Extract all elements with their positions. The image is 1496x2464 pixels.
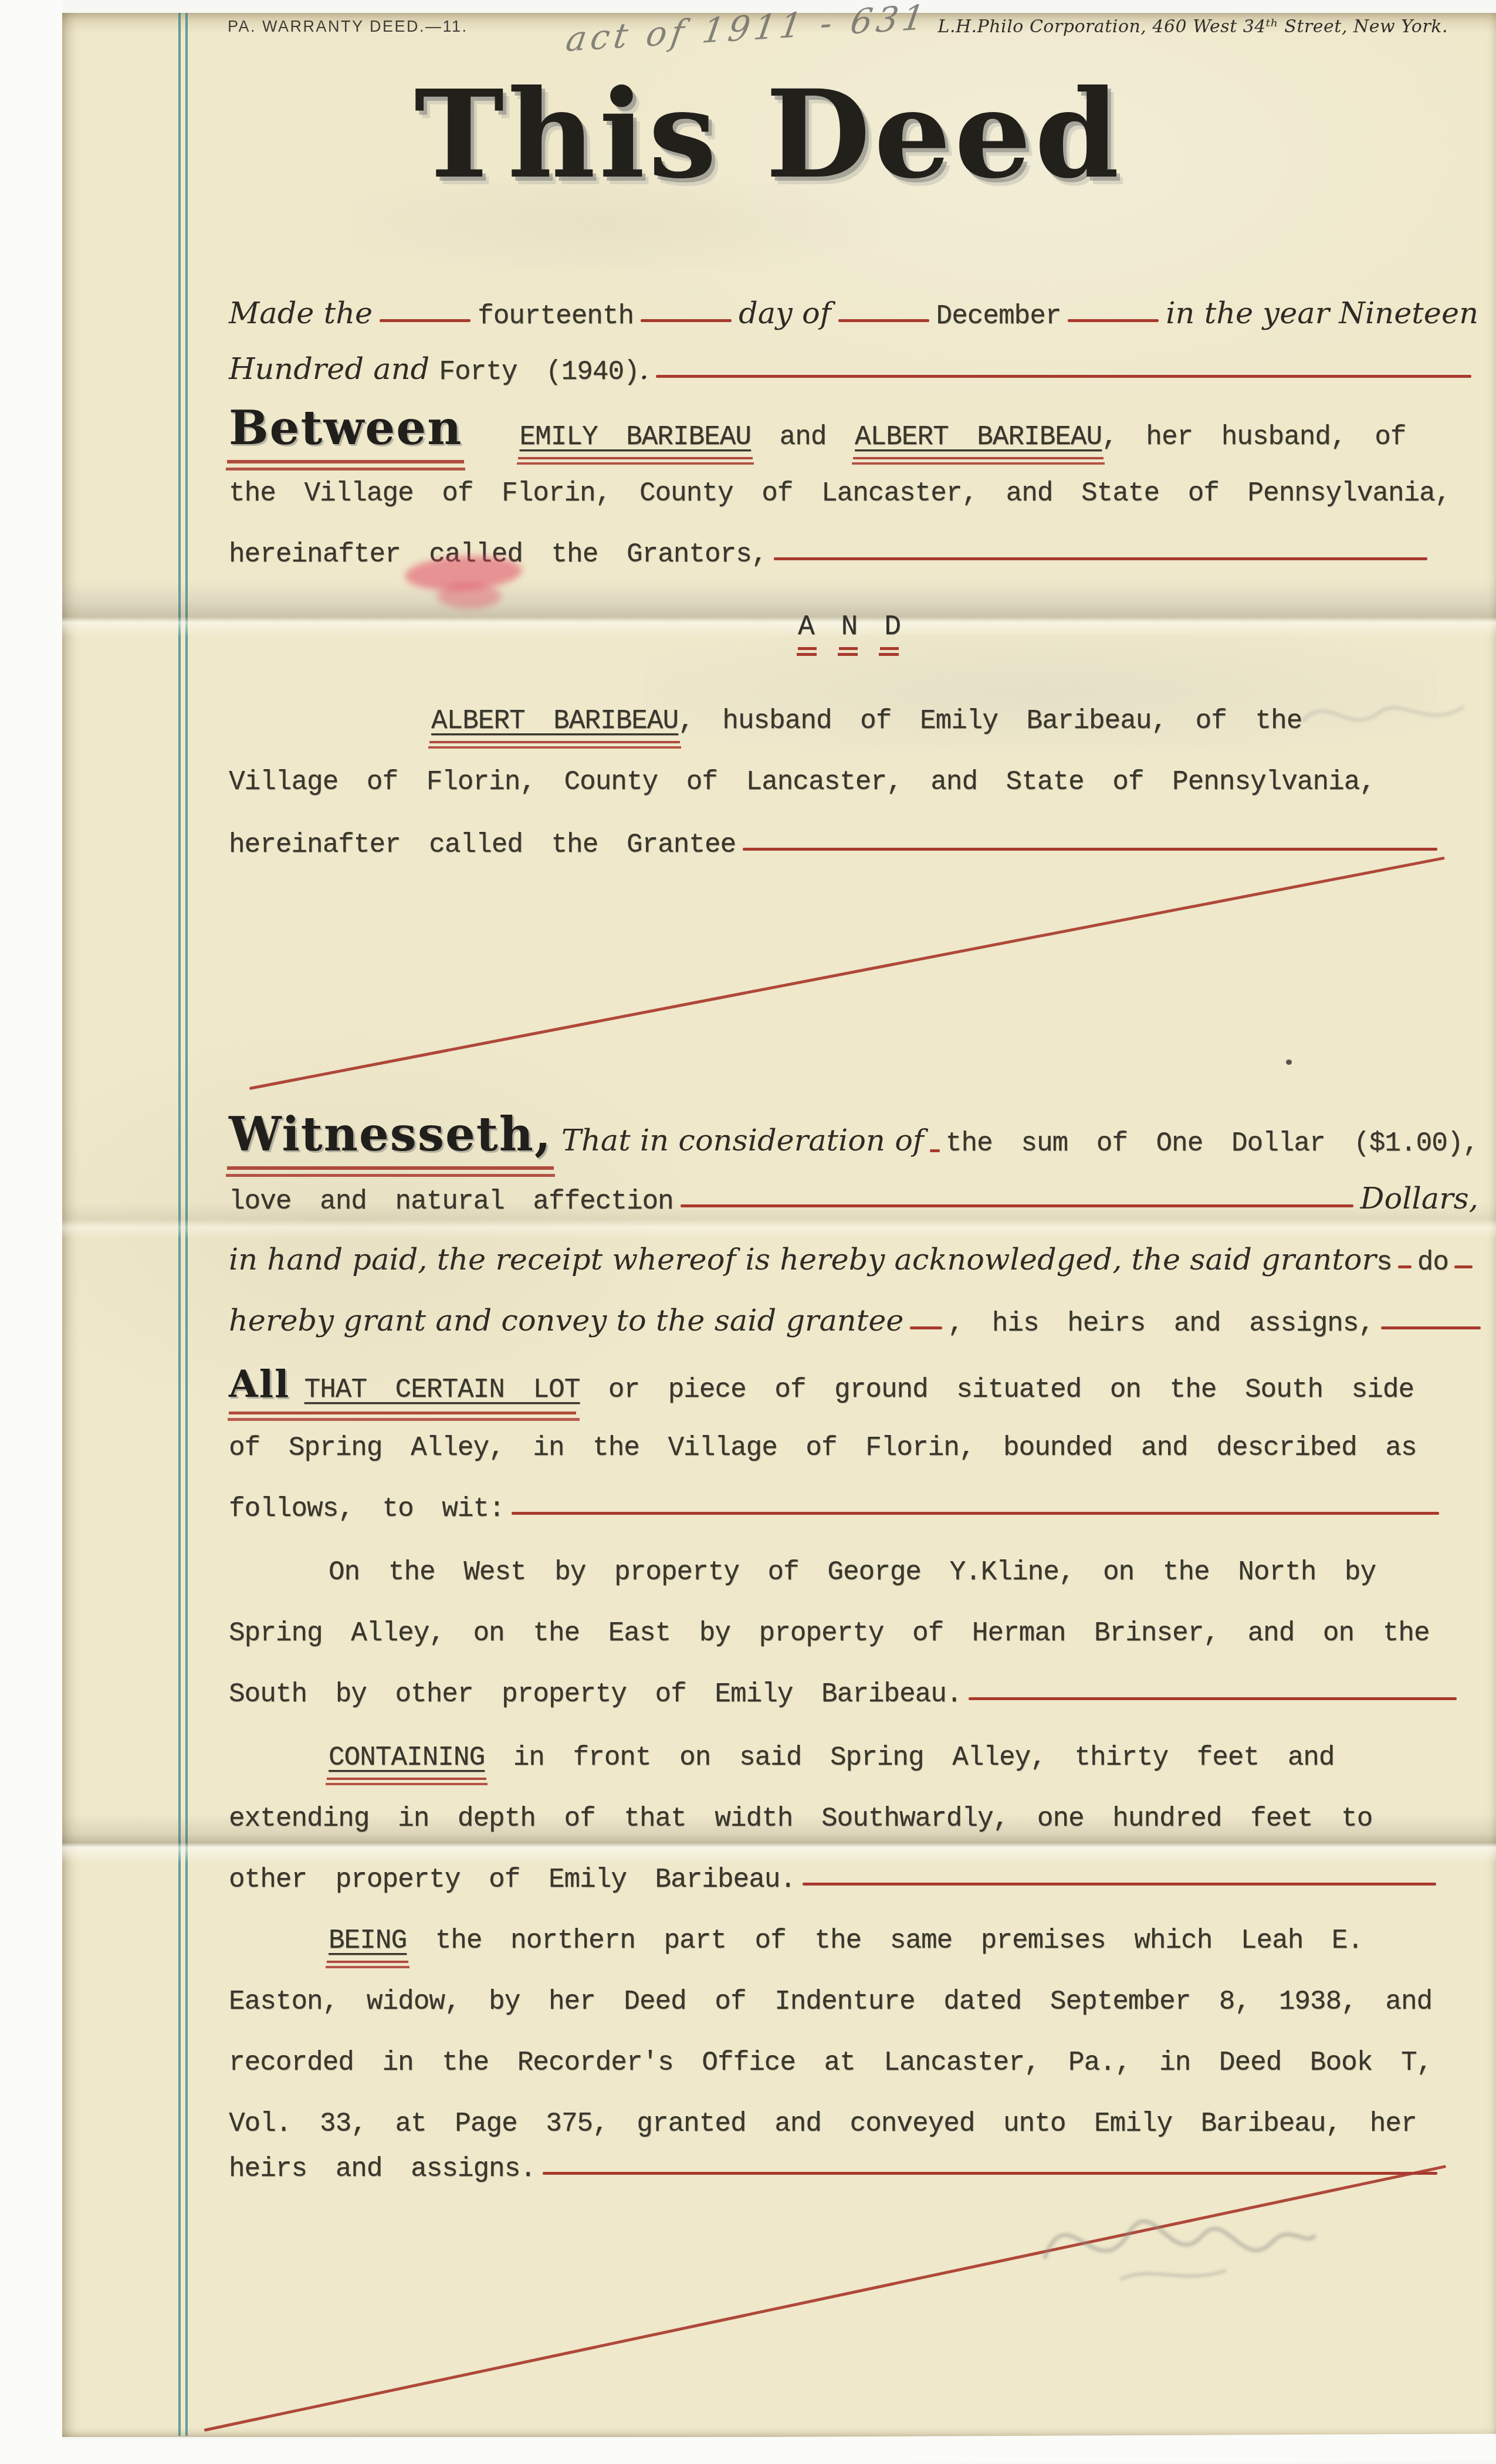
ink-ghost-scribble: [1297, 681, 1473, 745]
printed-text: Dollars,: [1360, 1182, 1478, 1216]
grantors-address-line: the Village of Florin, County of Lancast…: [229, 478, 1478, 509]
typed-text: love and natural affection: [229, 1186, 673, 1217]
printed-text: day of: [739, 296, 831, 331]
witnesseth-gothic-word: Witnesseth,: [229, 1106, 552, 1162]
typed-day-value: fourteenth: [478, 301, 634, 331]
grantors-label-line: hereinafter called the Grantors,: [229, 539, 1434, 570]
pencil-ghost-signature: [1033, 2177, 1326, 2306]
typed-text: extending in depth of that width Southwa…: [229, 1803, 1372, 1834]
typed-text: or piece of ground situated on the South…: [580, 1375, 1414, 1405]
lot-location-line: of Spring Alley, in the Village of Flori…: [229, 1433, 1478, 1463]
printed-text: .: [639, 352, 649, 387]
red-dash: [1454, 1265, 1473, 1268]
ink-speck: [1286, 1060, 1292, 1065]
printed-text: Made the: [229, 296, 373, 331]
typed-text: the Village of Florin, County of Lancast…: [229, 478, 1450, 509]
red-rule: [1068, 319, 1159, 322]
consideration-line: love and natural affection Dollars,: [229, 1182, 1478, 1217]
red-rule: [1381, 1326, 1481, 1329]
fold-crease-upper: [62, 581, 1496, 637]
scanned-deed-document: PA. WARRANTY DEED.—11. act of 1911 - 631…: [0, 0, 1496, 2464]
being-line-2: Easton, widow, by her Deed of Indenture …: [229, 1986, 1478, 2017]
typed-text: recorded in the Recorder's Office at Lan…: [229, 2047, 1432, 2078]
bounds-line-3: South by other property of Emily Baribea…: [229, 1679, 1464, 1710]
printer-credit: L.H.Philo Corporation, 460 West 34ᵗʰ Str…: [937, 16, 1448, 37]
deed-page-content: PA. WARRANTY DEED.—11. act of 1911 - 631…: [0, 0, 1496, 2464]
typed-text: in front on said Spring Alley, thirty fe…: [485, 1742, 1334, 1773]
and-heading: A N D: [798, 611, 906, 643]
to-wit-line: follows, to wit:: [229, 1494, 1446, 1524]
being-line-4: Vol. 33, at Page 375, granted and convey…: [229, 2108, 1478, 2139]
typed-month-value: December: [936, 301, 1061, 331]
typed-text: heirs and assigns.: [229, 2154, 536, 2184]
red-rule: [543, 2172, 1437, 2175]
being-line-1: BEING the northern part of the same prem…: [329, 1925, 1478, 1956]
containing-line-3: other property of Emily Baribeau.: [229, 1864, 1443, 1895]
typed-text: and: [751, 422, 855, 452]
red-rule: [774, 557, 1427, 560]
typed-text: , husband of Emily Baribeau, of the: [678, 706, 1302, 736]
typed-text: Vol. 33, at Page 375, granted and convey…: [229, 2108, 1417, 2139]
typed-text: hereinafter called the Grantee: [229, 830, 736, 860]
red-rule: [641, 319, 732, 322]
margin-rule-outer: [178, 13, 181, 2436]
containing-line-2: extending in depth of that width Southwa…: [229, 1803, 1478, 1834]
typed-text: s: [1376, 1247, 1392, 1278]
printed-text: hereby grant and convey to the said gran…: [229, 1304, 904, 1338]
red-rule: [743, 848, 1437, 851]
red-dash: [910, 1326, 942, 1329]
bounds-line-1: On the West by property of George Y.Klin…: [329, 1557, 1478, 1588]
red-rule: [512, 1512, 1439, 1515]
red-rule: [969, 1697, 1457, 1700]
typed-emphasis: THAT CERTAIN LOT: [304, 1375, 580, 1405]
all-clause-line: All THAT CERTAIN LOT or piece of ground …: [229, 1362, 1478, 1406]
spacer: [462, 422, 519, 452]
red-ink-smudge: [437, 584, 502, 608]
typed-consideration: the sum of One Dollar ($1.00),: [946, 1128, 1478, 1159]
typed-text: of Spring Alley, in the Village of Flori…: [229, 1433, 1417, 1463]
being-label: BEING: [329, 1925, 407, 1956]
red-rule: [380, 319, 471, 322]
typed-text: , his heirs and assigns,: [948, 1308, 1375, 1339]
bounds-line-2: Spring Alley, on the East by property of…: [229, 1618, 1478, 1649]
printed-text: in hand paid, the receipt whereof is her…: [229, 1243, 1376, 1277]
grantor-name-2: ALBERT BARIBEAU: [855, 422, 1102, 452]
grantee-name: ALBERT BARIBEAU: [431, 706, 678, 736]
receipt-line: in hand paid, the receipt whereof is her…: [229, 1243, 1478, 1278]
witnesseth-line: Witnesseth, That in consideration of the…: [229, 1106, 1478, 1162]
typed-year-value: Forty (1940): [439, 357, 639, 387]
red-rule: [681, 1204, 1353, 1207]
red-rule: [656, 375, 1471, 378]
convey-line: hereby grant and convey to the said gran…: [229, 1304, 1488, 1339]
between-gothic-word: Between: [229, 400, 462, 455]
between-line: Between EMILY BARIBEAU and ALBERT BARIBE…: [229, 400, 1478, 455]
form-number-label: PA. WARRANTY DEED.—11.: [228, 18, 468, 36]
margin-rule-inner: [185, 13, 188, 2436]
typed-text: On the West by property of George Y.Klin…: [329, 1557, 1376, 1588]
all-emphasis-group: All THAT CERTAIN LOT: [229, 1362, 580, 1406]
document-title: This Deed: [194, 63, 1343, 205]
printed-text: That in consideration of: [552, 1123, 924, 1158]
red-strike-diagonal: [249, 857, 1445, 1090]
all-gothic-word: All: [229, 1362, 304, 1406]
typed-text: Village of Florin, County of Lancaster, …: [229, 767, 1375, 797]
typed-text: South by other property of Emily Baribea…: [229, 1679, 962, 1710]
printed-text: in the year Nineteen: [1166, 296, 1478, 331]
containing-line-1: CONTAINING in front on said Spring Alley…: [329, 1742, 1478, 1773]
typed-text: follows, to wit:: [229, 1494, 505, 1524]
red-rule: [803, 1883, 1436, 1886]
date-line: Made the fourteenth day of December in t…: [229, 296, 1478, 331]
typed-text: Spring Alley, on the East by property of…: [229, 1618, 1430, 1649]
containing-label: CONTAINING: [329, 1742, 485, 1773]
red-dash: [1398, 1265, 1412, 1268]
typed-text: Easton, widow, by her Deed of Indenture …: [229, 1986, 1432, 2017]
typed-text: do: [1417, 1247, 1448, 1278]
typed-text: , her husband, of: [1102, 422, 1406, 452]
year-line: Hundred and Forty (1940) .: [229, 352, 1478, 387]
being-line-3: recorded in the Recorder's Office at Lan…: [229, 2047, 1478, 2078]
typed-text: the northern part of the same premises w…: [407, 1925, 1363, 1956]
printed-text: Hundred and: [229, 352, 439, 387]
grantee-label-line: hereinafter called the Grantee: [229, 830, 1444, 860]
typed-text: other property of Emily Baribeau.: [229, 1864, 796, 1895]
grantee-address-line: Village of Florin, County of Lancaster, …: [229, 767, 1478, 797]
red-dash: [930, 1149, 940, 1152]
red-rule: [838, 319, 929, 322]
pencil-annotation: act of 1911 - 631: [563, 0, 931, 59]
grantor-name-1: EMILY BARIBEAU: [520, 422, 751, 452]
